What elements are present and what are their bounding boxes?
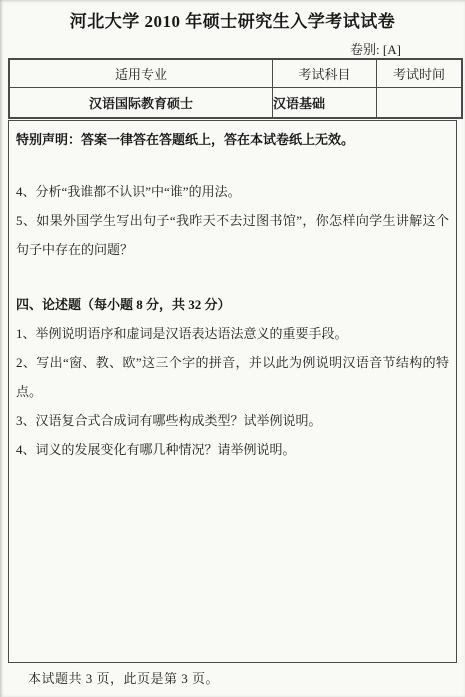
section-four-heading: 四、论述题（每小题 8 分，共 32 分） — [16, 290, 449, 319]
info-table-value-row: 汉语国际教育硕士 汉语基础 — [9, 88, 462, 119]
header-applicable-major: 适用专业 — [9, 59, 273, 88]
exam-info-table: 适用专业 考试科目 考试时间 汉语国际教育硕士 汉语基础 — [8, 58, 463, 119]
section-four-item-4: 4、词义的发展变化有哪几种情况？请举例说明。 — [16, 435, 449, 464]
question-4: 4、分析“我谁都不认识”中“谁”的用法。 — [16, 177, 449, 206]
special-notice: 特别声明：答案一律答在答题纸上，答在本试卷纸上无效。 — [16, 127, 449, 153]
page-footer-note: 本试题共 3 页，此页是第 3 页。 — [28, 668, 219, 687]
volume-label: 卷别: [A] — [350, 39, 401, 58]
info-table-header-row: 适用专业 考试科目 考试时间 — [9, 59, 462, 88]
section-four-item-3: 3、汉语复合式合成词有哪些构成类型？试举例说明。 — [16, 406, 449, 435]
exam-content-box: 特别声明：答案一律答在答题纸上，答在本试卷纸上无效。 4、分析“我谁都不认识”中… — [8, 120, 457, 663]
cell-exam-subject: 汉语基础 — [273, 88, 377, 119]
header-exam-subject: 考试科目 — [273, 59, 377, 88]
page-title: 河北大学 2010 年硕士研究生入学考试试卷 — [0, 7, 465, 32]
section-four-item-1: 1、举例说明语序和虚词是汉语表达语法意义的重要手段。 — [16, 319, 449, 348]
section-four-item-2: 2、写出“窗、教、欧”这三个字的拼音，并以此为例说明汉语音节结构的特点。 — [16, 348, 449, 406]
cell-applicable-major: 汉语国际教育硕士 — [9, 88, 273, 119]
question-5: 5、如果外国学生写出句子“我昨天不去过图书馆”，你怎样向学生讲解这个句子中存在的… — [16, 206, 449, 264]
cell-exam-time — [377, 88, 463, 119]
exam-paper-page: 河北大学 2010 年硕士研究生入学考试试卷 卷别: [A] 适用专业 考试科目… — [0, 0, 465, 697]
header-exam-time: 考试时间 — [377, 59, 463, 88]
